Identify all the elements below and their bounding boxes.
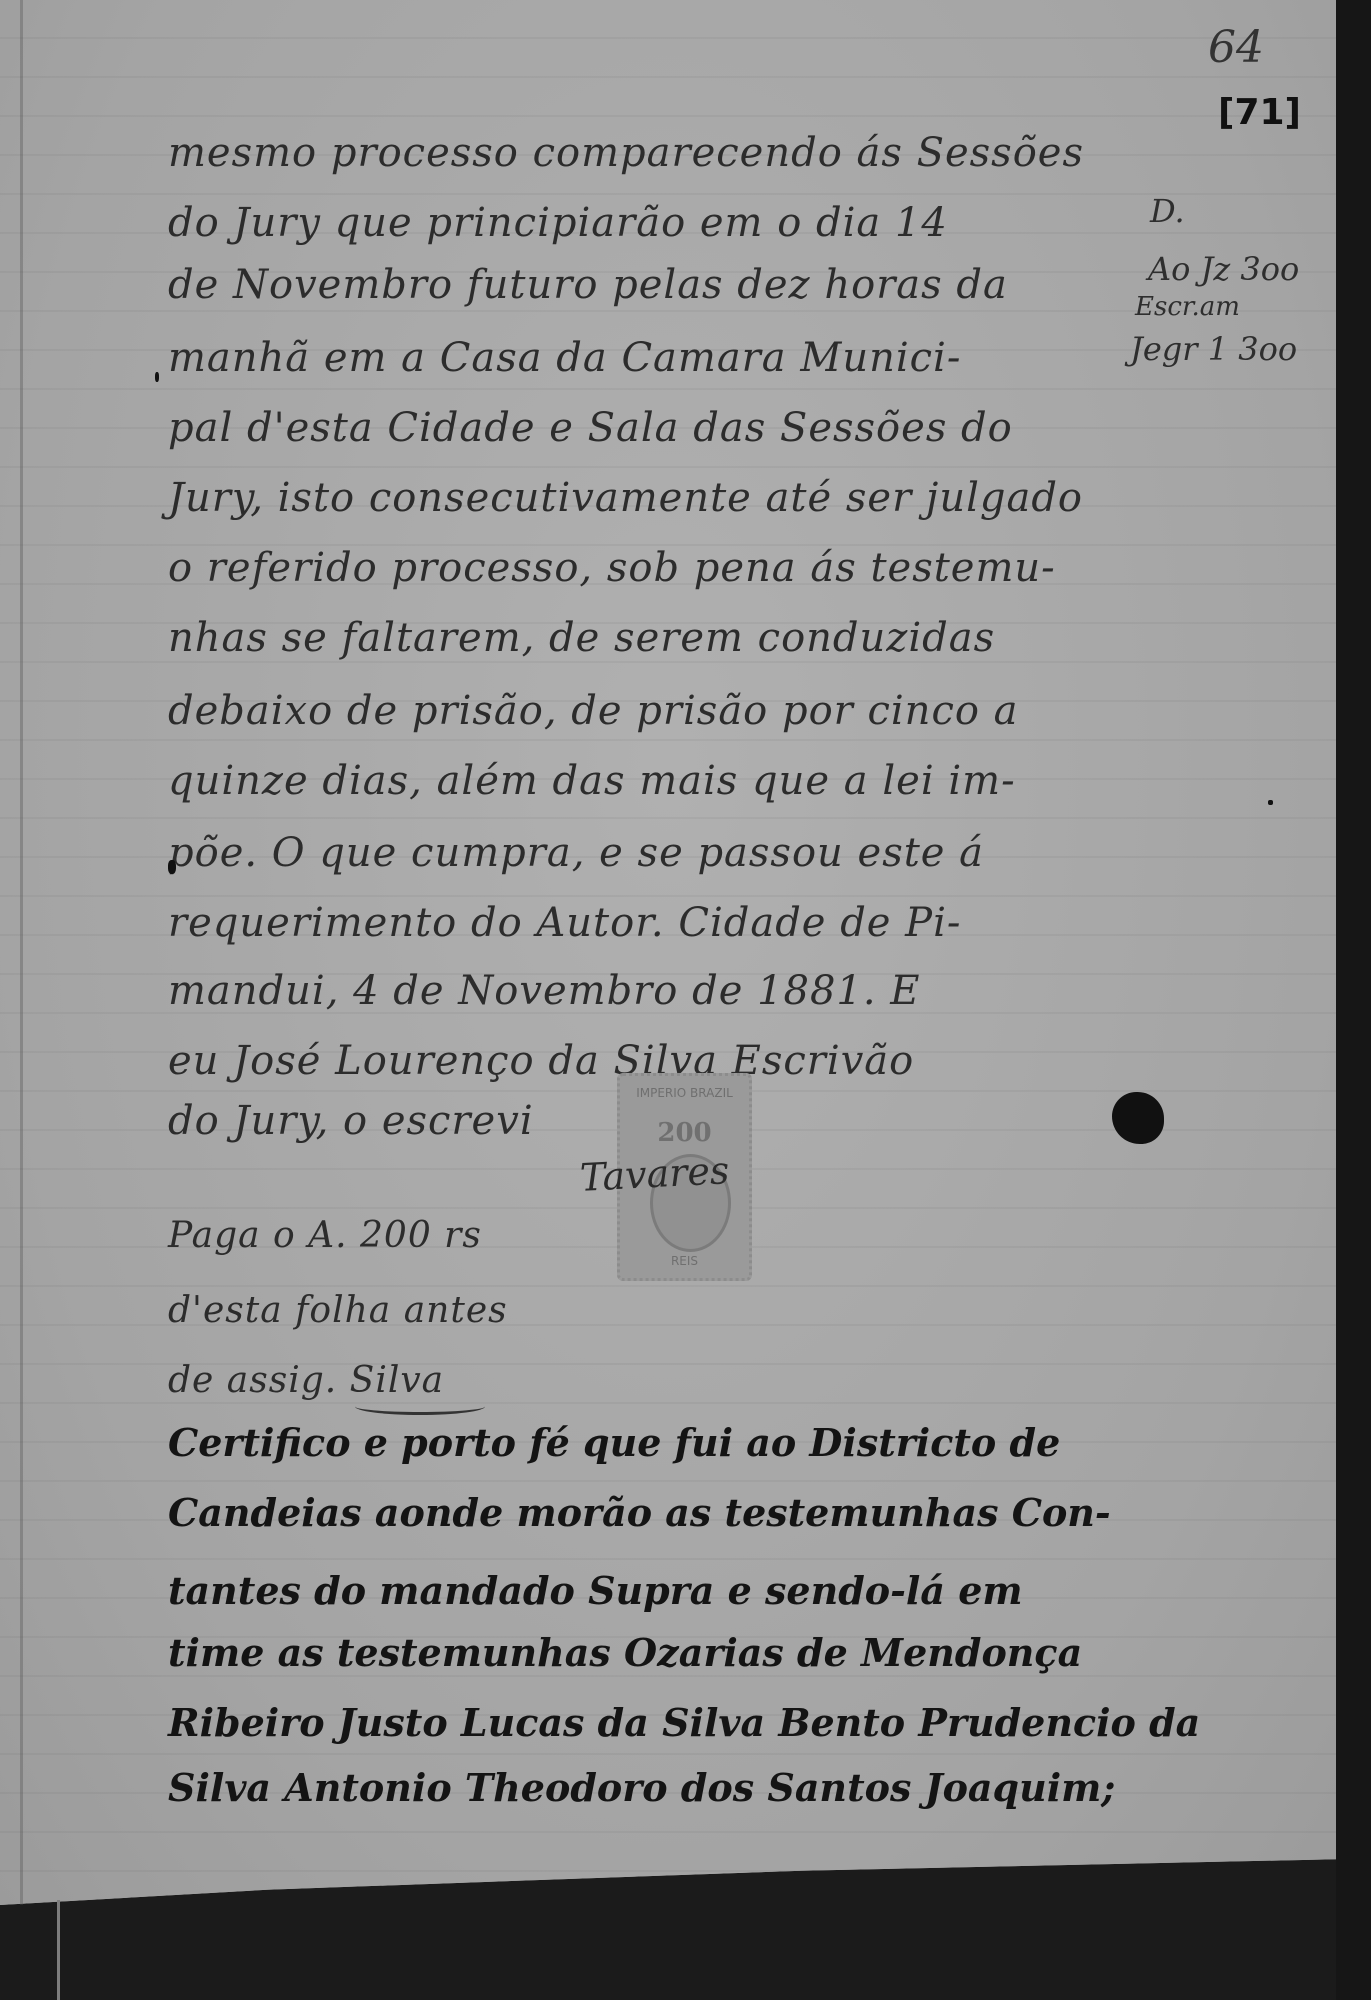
body-line: eu José Lourenço da Silva Escrivão: [168, 1038, 914, 1084]
body-line: o referido processo, sob pena ás testemu…: [168, 545, 1056, 591]
stamp-currency: REIS: [620, 1254, 749, 1268]
payment-note-line: d'esta folha antes: [168, 1290, 508, 1331]
body-line: de Novembro futuro pelas dez horas da: [168, 262, 1008, 308]
certificate-line: Certifico e porto fé que fui ao District…: [168, 1420, 1060, 1465]
body-line: quinze dias, além das mais que a lei im-: [168, 758, 1016, 804]
body-line: põe. O que cumpra, e se passou este á: [168, 830, 984, 876]
signature-underline: [355, 1398, 485, 1415]
body-line: do Jury que principiarão em o dia 14: [168, 200, 948, 246]
ink-speck: [155, 372, 159, 382]
payment-note-line: Paga o A. 200 rs: [168, 1215, 482, 1256]
body-line: pal d'esta Cidade e Sala das Sessões do: [168, 405, 1013, 451]
body-line: mandui, 4 de Novembro de 1881. E: [168, 968, 921, 1014]
body-line: manhã em a Casa da Camara Munici-: [168, 335, 961, 381]
scan-edge-line: [57, 1900, 60, 2000]
certificate-line: Candeias aonde morão as testemunhas Con-: [168, 1490, 1111, 1535]
body-line: nhas se faltarem, de serem conduzidas: [168, 615, 995, 661]
stamp-value: 200: [620, 1118, 749, 1148]
page-number: 64: [1208, 22, 1264, 73]
certificate-line: Silva Antonio Theodoro dos Santos Joaqui…: [168, 1765, 1115, 1810]
ink-speck: [168, 860, 176, 874]
body-line: debaixo de prisão, de prisão por cinco a: [168, 688, 1019, 734]
certificate-line: tantes do mandado Supra e sendo-lá em: [168, 1568, 1023, 1613]
page-fold-line: [20, 0, 23, 1905]
margin-note-line: Jegr 1 3oo: [1130, 330, 1297, 368]
payment-note-line: de assig. Silva: [168, 1360, 444, 1401]
margin-note-line: Escr.am: [1135, 292, 1240, 322]
ink-speck: [1268, 800, 1273, 805]
body-line: mesmo processo comparecendo ás Sessões: [168, 130, 1084, 176]
certificate-line: time as testemunhas Ozarias de Mendonça: [168, 1630, 1082, 1675]
certificate-line: Ribeiro Justo Lucas da Silva Bento Prude…: [168, 1700, 1200, 1745]
body-line: Jury, isto consecutivamente até ser julg…: [168, 475, 1083, 521]
archive-number: [71]: [1218, 92, 1301, 133]
signature: Tavares: [579, 1148, 730, 1200]
ink-blot: [1112, 1092, 1164, 1144]
body-line: do Jury, o escrevi: [168, 1098, 534, 1144]
stamp-country: IMPERIO BRAZIL: [620, 1086, 749, 1100]
body-line: requerimento do Autor. Cidade de Pi-: [168, 900, 961, 946]
margin-note-line: Ao Jz 3oo: [1148, 250, 1299, 288]
margin-note-line: D.: [1150, 192, 1185, 230]
scan-edge-shadow: [1336, 0, 1371, 2000]
